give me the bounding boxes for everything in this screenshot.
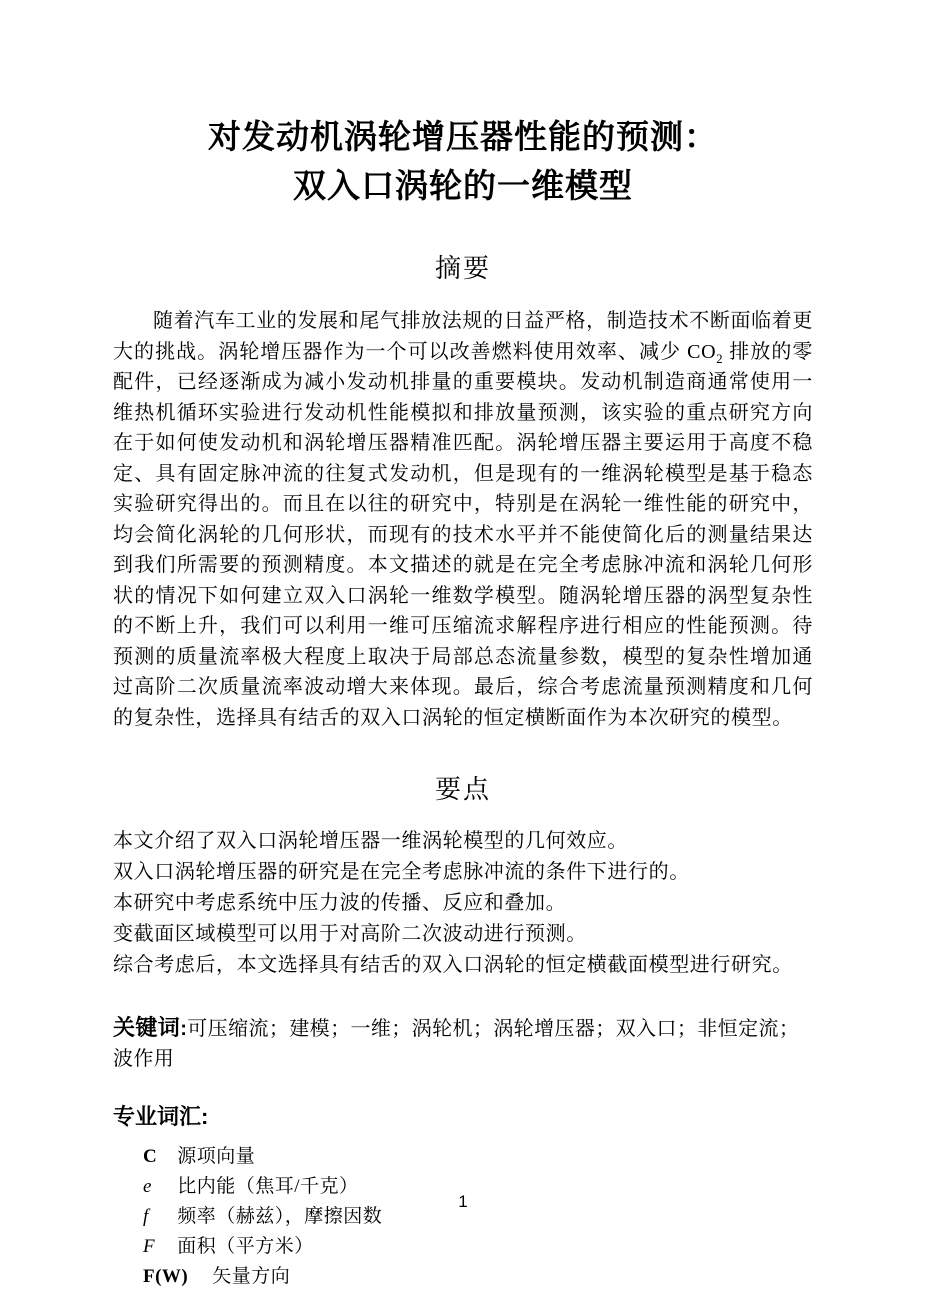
highlight-item: 变截面区域模型可以用于对高阶二次波动进行预测。 bbox=[113, 919, 813, 950]
nomenclature-entry: F(W) 矢量方向 bbox=[143, 1262, 813, 1292]
nomenclature-description: 源项向量 bbox=[177, 1146, 255, 1167]
nomenclature-symbol: C bbox=[143, 1142, 172, 1172]
highlight-item: 综合考虑后，本文选择具有结舌的双入口涡轮的恒定横截面模型进行研究。 bbox=[113, 950, 813, 981]
highlight-item: 本文介绍了双入口涡轮增压器一维涡轮模型的几何效应。 bbox=[113, 826, 813, 857]
nomenclature-description: 矢量方向 bbox=[212, 1266, 290, 1287]
abstract-paragraph: 随着汽车工业的发展和尾气排放法规的日益严格，制造技术不断面临着更大的挑战。涡轮增… bbox=[113, 306, 813, 733]
keywords-text: 可压缩流；建模；一维；涡轮机；涡轮增压器；双入口；非恒定流；波作用 bbox=[113, 1018, 799, 1070]
keywords-line: 关键词:可压缩流；建模；一维；涡轮机；涡轮增压器；双入口；非恒定流；波作用 bbox=[113, 1013, 813, 1074]
nomenclature-description: 面积（平方米） bbox=[177, 1236, 314, 1257]
document-page: 对发动机涡轮增压器性能的预测： 双入口涡轮的一维模型 摘要 随着汽车工业的发展和… bbox=[0, 0, 926, 1309]
highlights-heading: 要点 bbox=[113, 775, 813, 803]
highlight-item: 双入口涡轮增压器的研究是在完全考虑脉冲流的条件下进行的。 bbox=[113, 857, 813, 888]
co2-base: CO bbox=[687, 341, 716, 363]
nomenclature-symbol: F(W) bbox=[143, 1262, 207, 1292]
highlights-list: 本文介绍了双入口涡轮增压器一维涡轮模型的几何效应。 双入口涡轮增压器的研究是在完… bbox=[113, 826, 813, 981]
abstract-text-part2: 排放的零配件，已经逐渐成为减小发动机排量的重要模块。发动机制造商通常使用一维热机… bbox=[113, 341, 813, 729]
document-title: 对发动机涡轮增压器性能的预测： 双入口涡轮的一维模型 bbox=[113, 0, 813, 210]
page-content: 对发动机涡轮增压器性能的预测： 双入口涡轮的一维模型 摘要 随着汽车工业的发展和… bbox=[113, 0, 813, 1292]
nomenclature-entry: F 面积（平方米） bbox=[143, 1232, 813, 1262]
page-number: 1 bbox=[0, 1192, 926, 1212]
document-title-line2: 双入口涡轮的一维模型 bbox=[293, 167, 633, 204]
keywords-label: 关键词 bbox=[113, 1015, 180, 1040]
nomenclature-symbol: F bbox=[143, 1232, 172, 1262]
nomenclature-list: C 源项向量 e 比内能（焦耳/千克） f 频率（赫兹），摩擦因数 F 面积（平… bbox=[113, 1142, 813, 1292]
nomenclature-heading: 专业词汇: bbox=[113, 1104, 813, 1130]
document-title-line1: 对发动机涡轮增压器性能的预测： bbox=[208, 118, 718, 155]
nomenclature-entry: C 源项向量 bbox=[143, 1142, 813, 1172]
abstract-heading: 摘要 bbox=[113, 254, 813, 282]
highlight-item: 本研究中考虑系统中压力波的传播、反应和叠加。 bbox=[113, 888, 813, 919]
co2-formula: CO2 bbox=[687, 341, 723, 363]
